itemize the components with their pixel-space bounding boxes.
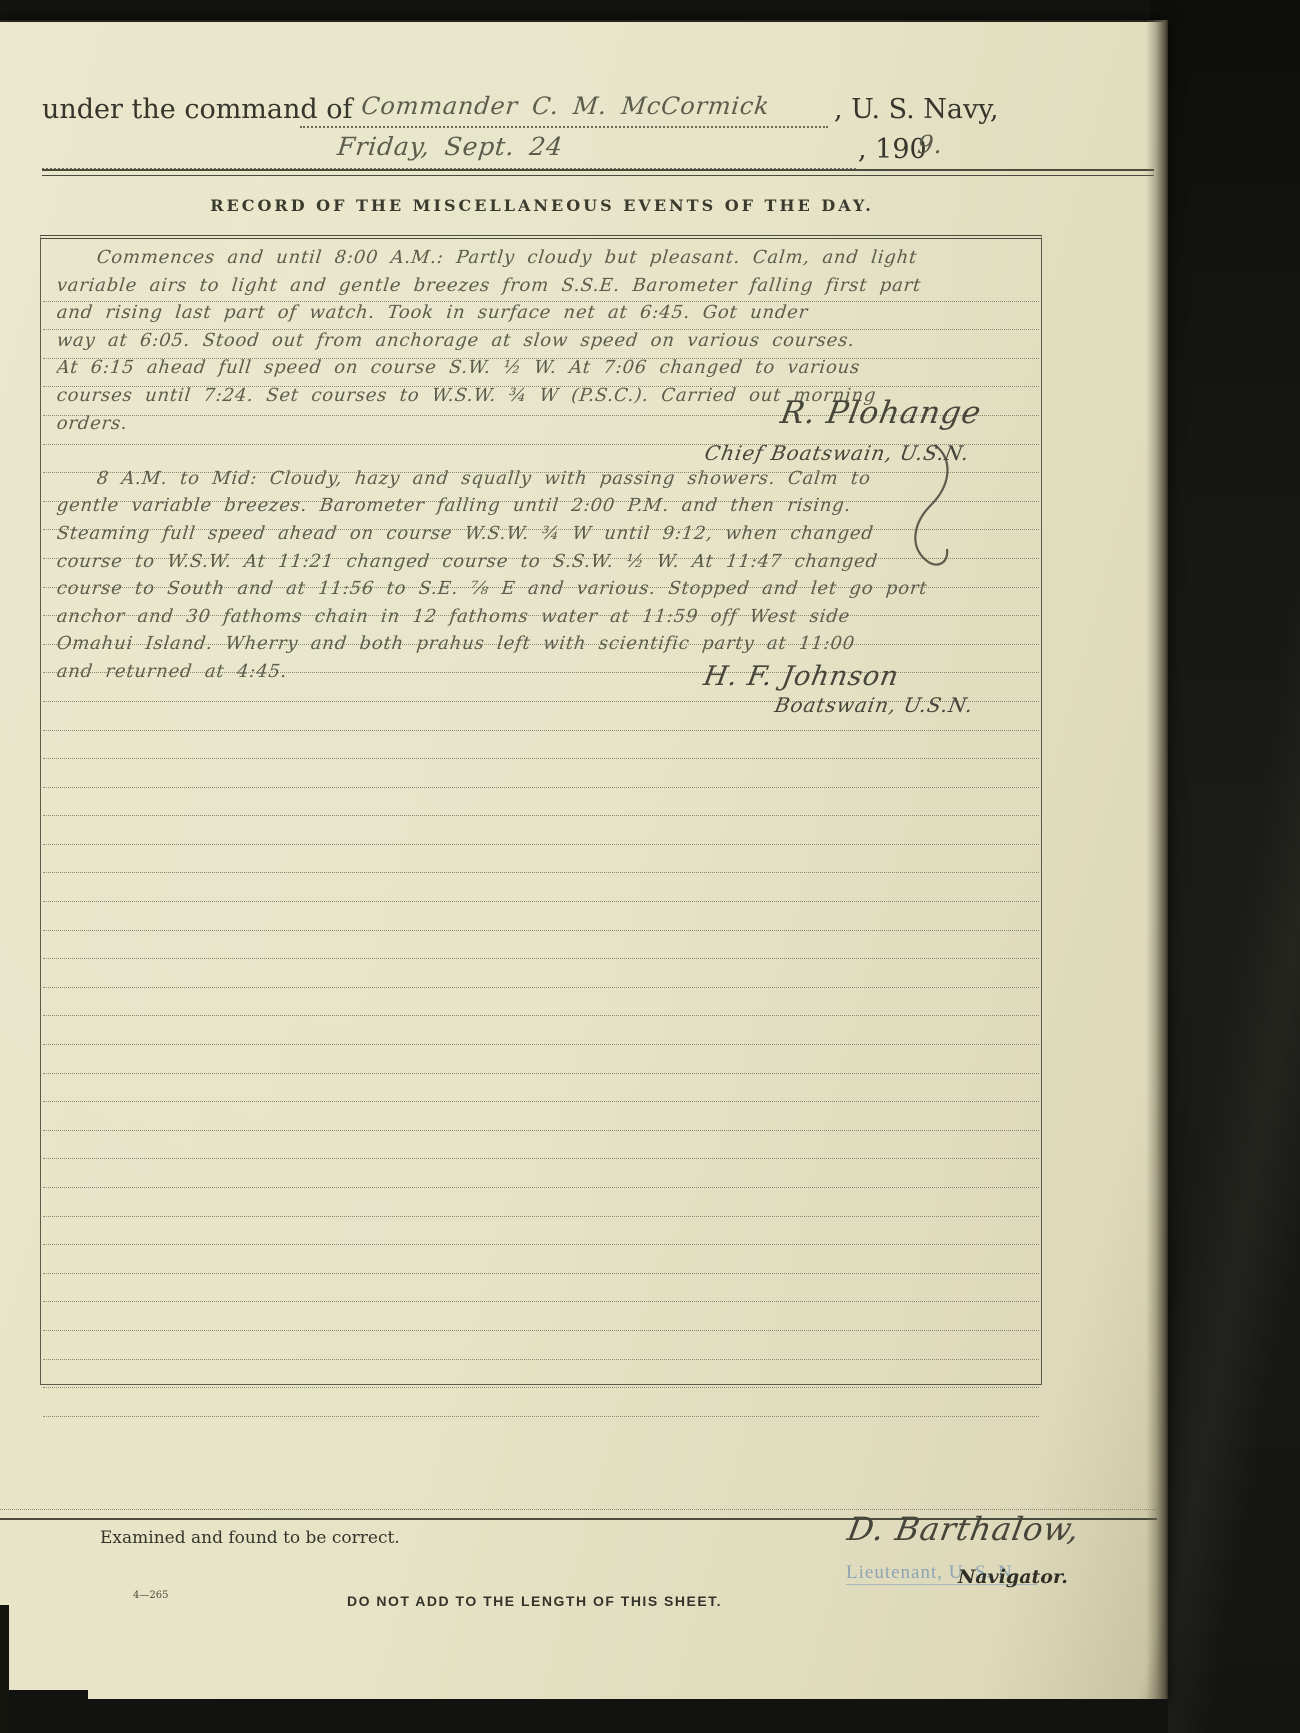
length-warning: DO NOT ADD TO THE LENGTH OF THIS SHEET.	[347, 1593, 722, 1609]
section-title: RECORD OF THE MISCELLANEOUS EVENTS OF TH…	[42, 196, 1042, 215]
log-line: 8 A.M. to Mid: Cloudy, hazy and squally …	[55, 468, 1032, 496]
log-line: Steaming full speed ahead on course W.S.…	[55, 523, 1032, 551]
commander-name-field: Commander C. M. McCormick	[300, 84, 828, 128]
watch-entry-evening: 8 A.M. to Mid: Cloudy, hazy and squally …	[55, 468, 1029, 689]
log-line: anchor and 30 fathoms chain in 12 fathom…	[55, 606, 1032, 634]
form-number: 4—265	[133, 1590, 168, 1601]
year-digit-handwriting: 9.	[916, 130, 945, 159]
log-line: way at 6:05. Stood out from anchorage at…	[55, 330, 1032, 358]
boatswain-signature: H. F. Johnson	[702, 661, 902, 692]
examined-statement: Examined and found to be correct.	[100, 1528, 400, 1548]
log-line: course to South and at 11:56 to S.E. ⅞ E…	[55, 578, 1032, 606]
log-line: Commences and until 8:00 A.M.: Partly cl…	[55, 247, 1032, 275]
commander-name-handwriting: Commander C. M. McCormick	[360, 92, 771, 120]
navigator-signature: D. Barthalow,	[845, 1510, 1083, 1548]
chief-boatswain-signature: R. Plohange	[778, 395, 984, 431]
date-handwriting: Friday, Sept. 24	[336, 132, 564, 161]
log-line: course to W.S.W. At 11:21 changed course…	[55, 551, 1032, 579]
date-field: Friday, Sept. 24	[42, 126, 856, 170]
events-record-box: Commences and until 8:00 A.M.: Partly cl…	[40, 235, 1042, 1385]
log-line: variable airs to light and gentle breeze…	[55, 275, 1032, 303]
log-line: At 6:15 ahead full speed on course S.W. …	[55, 357, 1032, 385]
scanner-background	[1150, 0, 1300, 1733]
log-line: Omahui Island. Wherry and both prahus le…	[55, 633, 1032, 661]
page-stack-edge	[1146, 20, 1168, 1704]
log-line: gentle variable breezes. Barometer falli…	[55, 495, 1032, 523]
navy-suffix-label: , U. S. Navy,	[834, 94, 999, 125]
scan-left-edge	[0, 1605, 9, 1733]
navigator-label: Navigator.	[958, 1566, 1068, 1588]
log-line: and rising last part of watch. Took in s…	[55, 302, 1032, 330]
boatswain-title: Boatswain, U.S.N.	[773, 693, 976, 717]
header-divider-rule	[42, 169, 1154, 176]
logbook-page: under the command of Commander C. M. McC…	[0, 20, 1168, 1706]
scan-bottom-edge	[0, 1699, 1168, 1733]
